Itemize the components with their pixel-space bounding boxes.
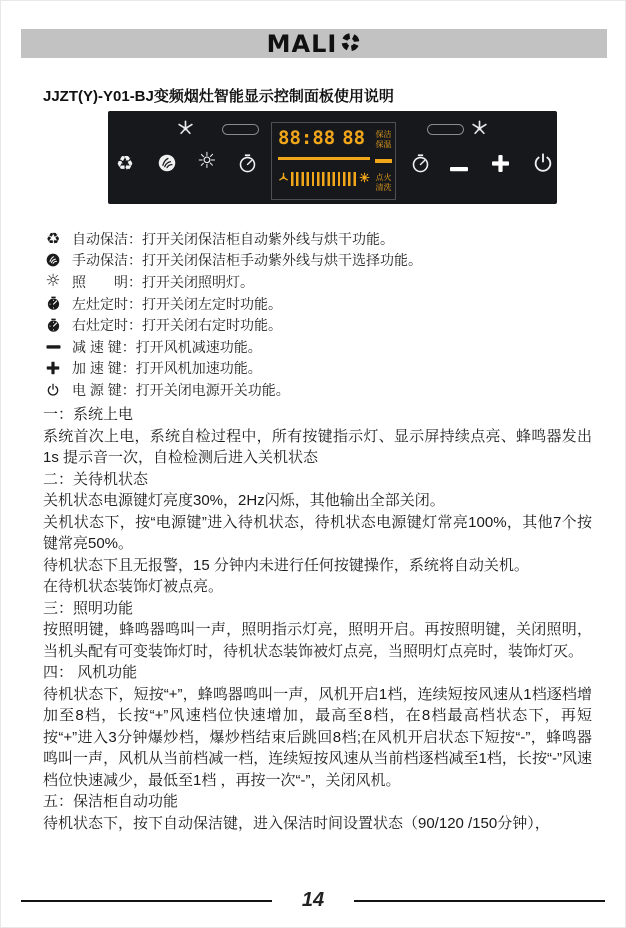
- section-heading: 四： 风机功能: [43, 662, 592, 684]
- light-icon: ☼: [43, 273, 63, 290]
- display-scale-line: [278, 157, 370, 160]
- auto-clean-icon: ♻: [43, 231, 63, 247]
- section-body: 关机状态电源键灯亮度30%，2Hz闪烁，其他输出全部关闭。 关机状态下，按“电源…: [43, 490, 592, 598]
- icon-legend: ♻ 自动保洁： 打开关闭保洁柜自动紫外线与烘干功能。 手动保洁： 打开关闭保洁柜…: [43, 228, 591, 401]
- footer-rule-left: [21, 900, 272, 902]
- display-label-dianhuo: 点火: [376, 173, 392, 183]
- gear-icon: [359, 170, 370, 188]
- manual-body: 一：系统上电 系统首次上电，系统自检过程中，所有按键指示灯、显示屏持续点亮、蜂鸣…: [43, 404, 592, 834]
- footer-rule-right: [354, 900, 605, 902]
- brand-bar: MALI: [21, 29, 607, 58]
- legend-item: ♻ 自动保洁： 打开关闭保洁柜自动紫外线与烘干功能。: [43, 228, 591, 250]
- fan-deco-icon: [470, 119, 489, 143]
- right-timer-icon: [410, 153, 431, 179]
- section-body: 待机状态下，短按“+”，蜂鸣器鸣叫一声，风机开启1档，连续短按风速从1档逐档增加…: [43, 684, 592, 792]
- small-fan-icon: [278, 170, 289, 188]
- manual-clean-icon: [43, 252, 63, 268]
- right-timer-icon: [43, 318, 63, 333]
- fan-speed-bars: [291, 172, 357, 186]
- fan-plus-icon: [43, 361, 63, 375]
- section-body: 待机状态下，按下自动保洁键，进入保洁时间设置状态（90/120 /150分钟），: [43, 813, 592, 835]
- light-icon: ☼: [197, 151, 217, 173]
- display-label-baowen: 保温: [376, 140, 392, 150]
- fan-minus-icon: [43, 344, 63, 350]
- oval-button: [427, 124, 464, 135]
- section-body: 按照明键，蜂鸣器鸣叫一声，照明指示灯亮，照明开启。再按照明键，关闭照明，当机头配…: [43, 619, 592, 662]
- auto-clean-icon: ♻: [116, 153, 134, 173]
- left-timer-icon: [237, 153, 258, 179]
- section-heading: 二：关待机状态: [43, 469, 592, 491]
- page-number: 14: [302, 889, 324, 912]
- legend-item: 右灶定时： 打开关闭右定时功能。: [43, 314, 591, 336]
- led-display: 88:8888: [271, 122, 396, 200]
- legend-item: 电 源 键： 打开关闭电源开关功能。: [43, 379, 591, 401]
- brand-o-icon: [340, 31, 361, 57]
- section-heading: 三：照明功能: [43, 598, 592, 620]
- page-footer: 14: [21, 889, 605, 912]
- oval-button: [222, 124, 259, 135]
- page-title: JJZT(Y)-Y01-BJ变频烟灶智能显示控制面板使用说明: [43, 85, 394, 106]
- legend-item: 手动保洁： 打开关闭保洁柜手动紫外线与烘干选择功能。: [43, 250, 591, 272]
- display-label-baojie: 保洁: [376, 130, 392, 140]
- left-timer-icon: [43, 296, 63, 311]
- manual-clean-icon: [156, 152, 178, 179]
- display-side-dash: [375, 159, 392, 163]
- legend-item: 左灶定时： 打开关闭左定时功能。: [43, 293, 591, 315]
- section-heading: 一：系统上电: [43, 404, 592, 426]
- fan-deco-icon: [176, 119, 195, 143]
- fan-plus-icon: [490, 153, 511, 179]
- power-icon: [43, 383, 63, 397]
- brand-logo-text: MALI: [267, 32, 338, 56]
- display-label-qingxi: 清洗: [376, 183, 392, 193]
- power-icon: [532, 152, 554, 179]
- legend-item: 加 速 键： 打开风机加速功能。: [43, 358, 591, 380]
- display-digits: 88:8888: [278, 129, 370, 148]
- fan-minus-icon: [449, 160, 469, 178]
- control-panel-image: ♻ ☼ 88:8888: [108, 111, 557, 204]
- legend-item: ☼ 照 明： 打开关闭照明灯。: [43, 271, 591, 293]
- legend-item: 减 速 键： 打开风机减速功能。: [43, 336, 591, 358]
- section-heading: 五：保洁柜自动功能: [43, 791, 592, 813]
- section-body: 系统首次上电，系统自检过程中，所有按键指示灯、显示屏持续点亮、蜂鸣器发出 1s …: [43, 426, 592, 469]
